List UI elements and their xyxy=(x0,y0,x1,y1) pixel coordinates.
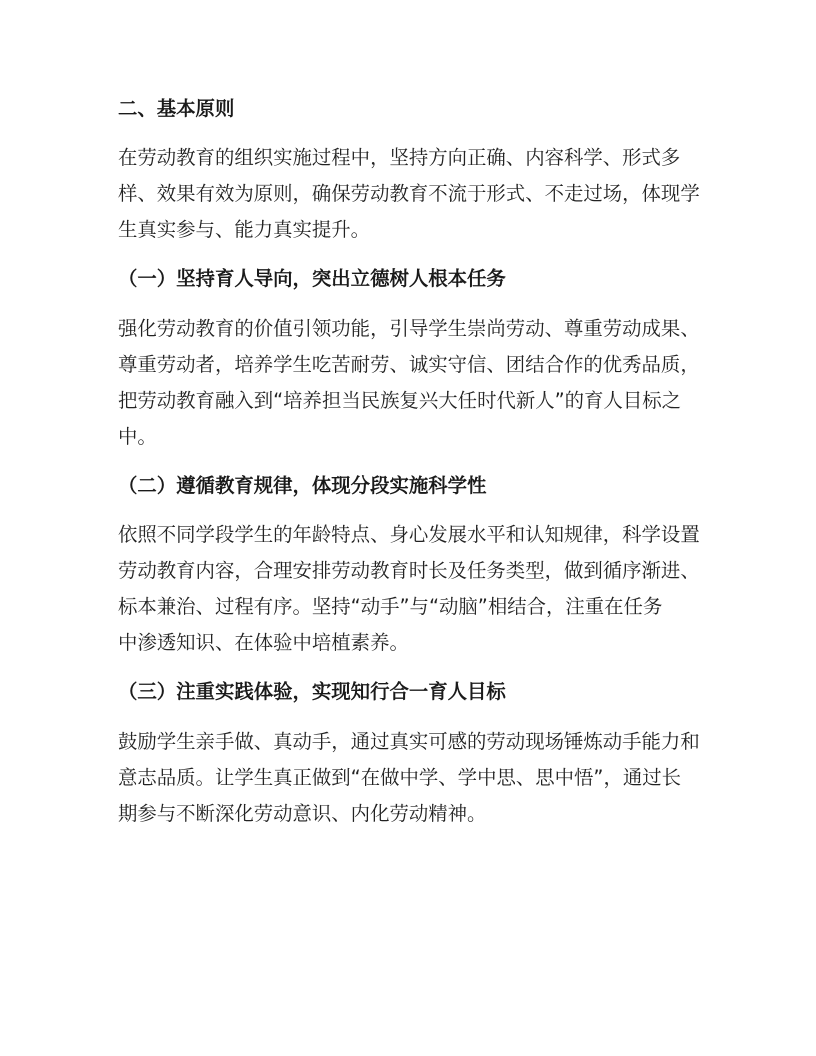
paragraph-line: 中。 xyxy=(118,425,157,449)
paragraph-line: 强化劳动教育的价值引领功能，引导学生崇尚劳动、尊重劳动成果、 xyxy=(118,317,700,341)
paragraph-line: 依照不同学段学生的年龄特点、身心发展水平和认知规律，科学设置 xyxy=(118,523,700,547)
subsection-heading: （二）遵循教育规律，体现分段实施科学性 xyxy=(118,474,486,498)
paragraph-line: 意志品质。让学生真正做到“在做中学、学中思、思中悟”，通过长 xyxy=(118,766,681,790)
paragraph-line: 在劳动教育的组织实施过程中，坚持方向正确、内容科学、形式多 xyxy=(118,146,680,170)
paragraph-line: 样、效果有效为原则，确保劳动教育不流于形式、不走过场，体现学 xyxy=(118,182,700,206)
paragraph-line: 中渗透知识、在体验中培植素养。 xyxy=(118,631,409,655)
paragraph-line: 期参与不断深化劳动意识、内化劳动精神。 xyxy=(118,802,486,826)
paragraph-line: 生真实参与、能力真实提升。 xyxy=(118,218,370,242)
paragraph-line: 标本兼治、过程有序。坚持“动手”与“动脑”相结合，注重在任务 xyxy=(118,595,662,619)
paragraph-line: 劳动教育内容，合理安排劳动教育时长及任务类型，做到循序渐进、 xyxy=(118,559,700,583)
section-title: 二、基本原则 xyxy=(118,97,234,121)
paragraph-line: 把劳动教育融入到“培养担当民族复兴大任时代新人”的育人目标之 xyxy=(118,389,681,413)
paragraph-line: 鼓励学生亲手做、真动手，通过真实可感的劳动现场锤炼动手能力和 xyxy=(118,730,700,754)
subsection-heading: （一）坚持育人导向，突出立德树人根本任务 xyxy=(118,267,506,291)
subsection-heading: （三）注重实践体验，实现知行合一育人目标 xyxy=(118,680,506,704)
paragraph-line: 尊重劳动者，培养学生吃苦耐劳、诚实守信、团结合作的优秀品质， xyxy=(118,353,700,377)
